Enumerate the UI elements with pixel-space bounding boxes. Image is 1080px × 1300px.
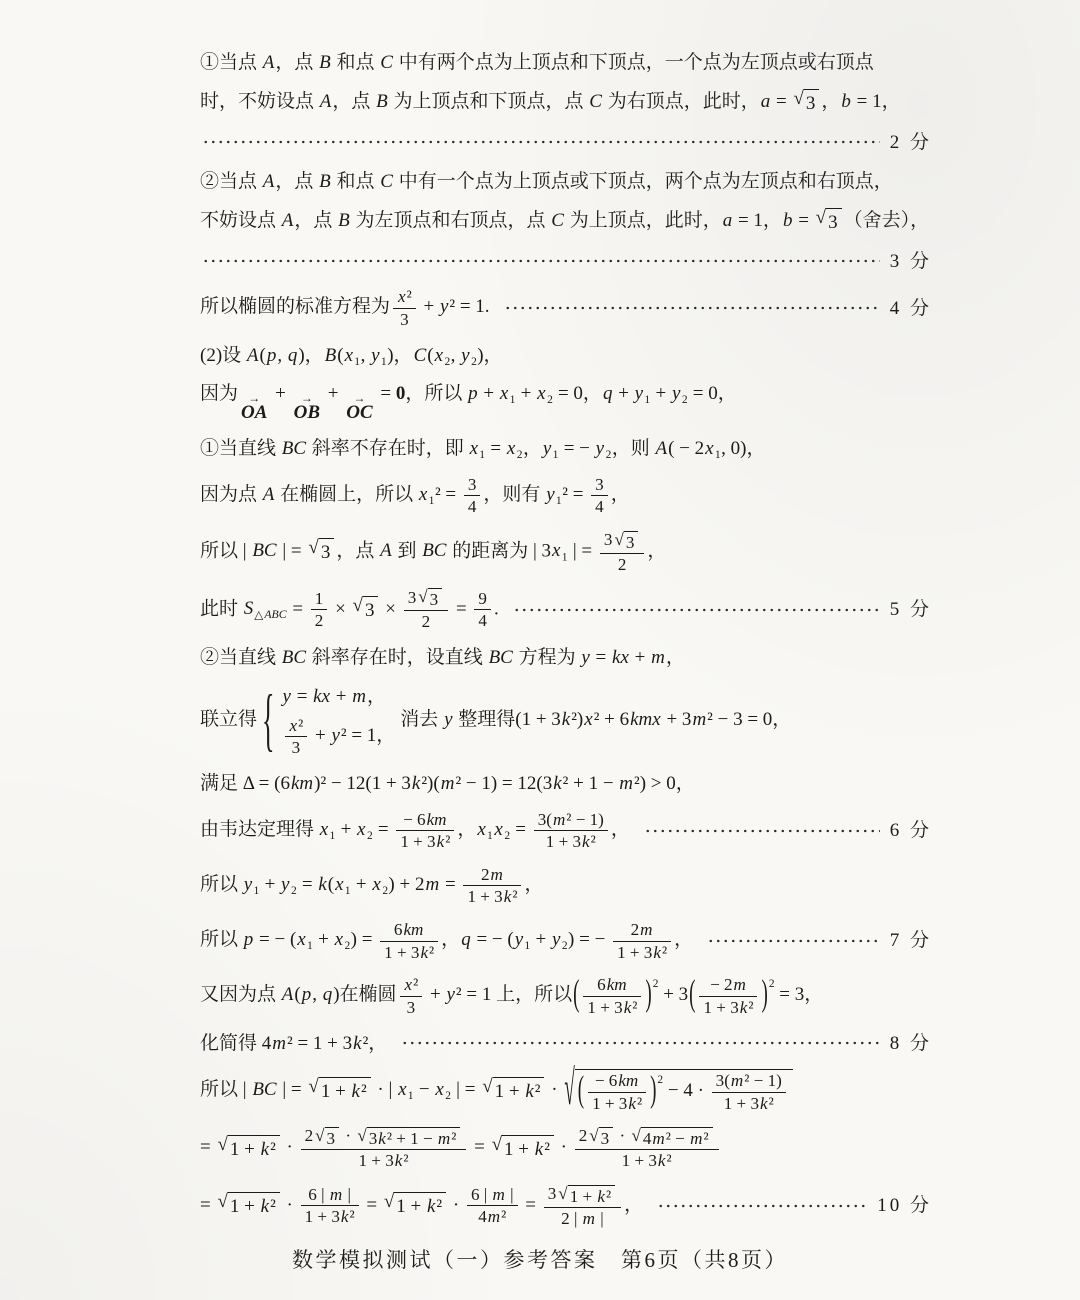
answer-line: ①当直线 BC 斜率不存在时，即 x₁ = x₂，y₁ = − y₂，则 A( … [200, 436, 932, 461]
answer-line: ①当点 A，点 B 和点 C 中有两个点为上顶点和下顶点，一个点为左顶点或右顶点 [200, 50, 932, 75]
math-expression: = √1 + k² · 2√3 · √3k² + 1 − m²1 + 3k² =… [200, 1126, 722, 1170]
score-label: 6 分 [890, 818, 932, 843]
math-expression: = √1 + k² · 6 | m |1 + 3k² = √1 + k² · 6… [200, 1184, 643, 1228]
answer-line: 因为点 A 在椭圆上，所以 x₁² = 34，则有 y₁² = 34， [200, 475, 932, 516]
score-label: 5 分 [890, 597, 932, 622]
answer-line: 时，不妨设点 A，点 B 为上顶点和下顶点，点 C 为右顶点，此时，a = √3… [200, 89, 932, 116]
page-footer: 数学模拟测试（一）参考答案 第6页（共8页） [148, 1228, 932, 1274]
dotted-leader [707, 935, 880, 947]
answer-line: 联立得{y = kx + m，x²3 + y² = 1，消去 y 整理得(1 +… [200, 684, 932, 757]
math-expression: ①当直线 BC 斜率不存在时，即 x₁ = x₂，y₁ = − y₂，则 A( … [200, 436, 766, 461]
score-label: 8 分 [890, 1031, 932, 1056]
answer-line: 所以 | BC | = √3，点 A 到 BC 的距离为 | 3x₁ | = 3… [200, 530, 932, 574]
answer-line: 因为→OA + →OB + →OC = 0，所以 p + x₁ + x₂ = 0… [200, 381, 932, 422]
score-label: 2 分 [890, 130, 932, 155]
answer-line: 所以 y₁ + y₂ = k(x₁ + x₂) + 2m = 2m1 + 3k²… [200, 865, 932, 906]
math-expression: 由韦达定理得 x₁ + x₂ = − 6km1 + 3k²，x₁x₂ = 3(m… [200, 810, 630, 851]
math-expression: 满足 Δ = (6km)² − 12(1 + 3k²)(m² − 1) = 12… [200, 771, 695, 796]
answer-line: 不妨设点 A，点 B 为左顶点和右顶点，点 C 为上顶点，此时，a = 1，b … [200, 208, 932, 235]
score-label: 3 分 [890, 249, 932, 274]
footer-text: 数学模拟测试（一）参考答案 第6页（共8页） [292, 1248, 788, 1272]
answer-line: 3 分 [200, 249, 932, 274]
answer-line: ②当点 A，点 B 和点 C 中有一个点为上顶点或下顶点，两个点为左顶点和右顶点… [200, 169, 932, 194]
answer-line: (2)设 A(p, q)，B(x₁, y₁)，C(x₂, y₂)， [200, 343, 932, 368]
answer-line: 所以 | BC | = √1 + k² · | x₁ − x₂ | = √1 +… [200, 1069, 932, 1112]
dotted-leader [657, 1200, 867, 1212]
math-expression: ②当点 A，点 B 和点 C 中有一个点为上顶点或下顶点，两个点为左顶点和右顶点… [200, 169, 893, 194]
math-expression: 不妨设点 A，点 B 为左顶点和右顶点，点 C 为上顶点，此时，a = 1，b … [200, 208, 929, 235]
dotted-leader [644, 825, 880, 837]
answer-line: 所以椭圆的标准方程为x²3 + y² = 1.4 分 [200, 287, 932, 328]
score-label: 4 分 [890, 296, 932, 321]
math-expression: 此时 S△ABC = 12 × √3 × 3√32 = 94. [200, 588, 499, 632]
score-label: 7 分 [890, 928, 932, 953]
answer-line: ②当直线 BC 斜率存在时，设直线 BC 方程为 y = kx + m， [200, 645, 932, 670]
math-expression: 又因为点 A(p, q)在椭圆x²3 + y² = 1 上，所以(6km1 + … [200, 975, 823, 1016]
dotted-leader [401, 1037, 879, 1049]
answer-line: 2 分 [200, 130, 932, 155]
math-expression: 因为→OA + →OB + →OC = 0，所以 p + x₁ + x₂ = 0… [200, 381, 737, 422]
answer-line: 此时 S△ABC = 12 × √3 × 3√32 = 94.5 分 [200, 588, 932, 632]
answer-line: 所以 p = − (x₁ + x₂) = 6km1 + 3k²，q = − (y… [200, 920, 932, 961]
math-expression: (2)设 A(p, q)，B(x₁, y₁)，C(x₂, y₂)， [200, 343, 503, 368]
math-expression: 联立得{y = kx + m，x²3 + y² = 1，消去 y 整理得(1 +… [200, 684, 791, 757]
solution-lines: ①当点 A，点 B 和点 C 中有两个点为上顶点和下顶点，一个点为左顶点或右顶点… [200, 50, 932, 1228]
score-label: 10 分 [877, 1193, 932, 1218]
dotted-leader [202, 136, 880, 148]
math-expression: 所以 | BC | = √3，点 A 到 BC 的距离为 | 3x₁ | = 3… [200, 530, 666, 574]
math-expression: ①当点 A，点 B 和点 C 中有两个点为上顶点和下顶点，一个点为左顶点或右顶点 [200, 50, 874, 75]
math-expression: 因为点 A 在椭圆上，所以 x₁² = 34，则有 y₁² = 34， [200, 475, 630, 516]
answer-line: 化简得 4m² = 1 + 3k²，8 分 [200, 1031, 932, 1056]
math-expression: 所以 | BC | = √1 + k² · | x₁ − x₂ | = √1 +… [200, 1069, 795, 1112]
math-expression: 化简得 4m² = 1 + 3k²， [200, 1031, 387, 1056]
math-expression: 所以 y₁ + y₂ = k(x₁ + x₂) + 2m = 2m1 + 3k²… [200, 865, 543, 906]
answer-line: 满足 Δ = (6km)² − 12(1 + 3k²)(m² − 1) = 12… [200, 771, 932, 796]
math-expression: 所以椭圆的标准方程为x²3 + y² = 1. [200, 287, 490, 328]
math-expression: ②当直线 BC 斜率存在时，设直线 BC 方程为 y = kx + m， [200, 645, 685, 670]
answer-line: 由韦达定理得 x₁ + x₂ = − 6km1 + 3k²，x₁x₂ = 3(m… [200, 810, 932, 851]
math-expression: 时，不妨设点 A，点 B 为上顶点和下顶点，点 C 为右顶点，此时，a = √3… [200, 89, 901, 116]
answer-sheet-page: ①当点 A，点 B 和点 C 中有两个点为上顶点和下顶点，一个点为左顶点或右顶点… [0, 0, 1080, 1300]
dotted-leader [202, 255, 880, 267]
dotted-leader [513, 604, 880, 616]
answer-line: = √1 + k² · 2√3 · √3k² + 1 − m²1 + 3k² =… [200, 1126, 932, 1170]
answer-line: 又因为点 A(p, q)在椭圆x²3 + y² = 1 上，所以(6km1 + … [200, 975, 932, 1016]
dotted-leader [504, 302, 880, 314]
math-expression: 所以 p = − (x₁ + x₂) = 6km1 + 3k²，q = − (y… [200, 920, 693, 961]
answer-line: = √1 + k² · 6 | m |1 + 3k² = √1 + k² · 6… [200, 1184, 932, 1228]
